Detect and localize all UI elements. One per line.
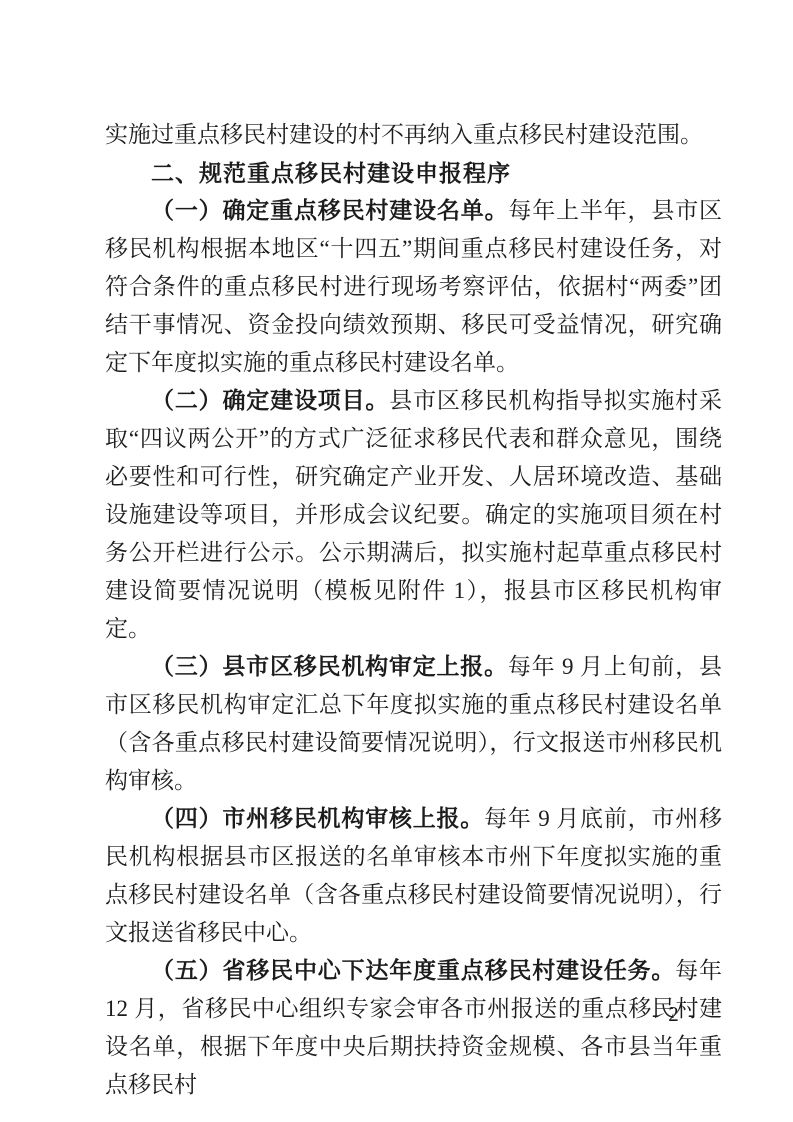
document-body: 实施过重点移民村建设的村不再纳入重点移民村建设范围。 二、规范重点移民村建设申报…: [105, 116, 722, 1104]
item-4-lead: （四）市州移民机构审核上报。: [151, 806, 484, 831]
paragraph-continuation: 实施过重点移民村建设的村不再纳入重点移民村建设范围。: [105, 116, 722, 154]
document-page: { "page": { "background_color": "#ffffff…: [0, 0, 793, 1122]
item-2-lead: （二）确定建设项目。: [151, 388, 389, 413]
paragraph-item-5: （五）省移民中心下达年度重点移民村建设任务。每年 12 月，省移民中心组织专家会…: [105, 952, 722, 1104]
item-1-body: 每年上半年，县市区移民机构根据本地区“十四五”期间重点移民村建设任务，对符合条件…: [105, 198, 722, 375]
paragraph-item-2: （二）确定建设项目。县市区移民机构指导拟实施村采取“四议两公开”的方式广泛征求移…: [105, 382, 722, 648]
paragraph-item-3: （三）县市区移民机构审定上报。每年 9 月上旬前，县市区移民机构审定汇总下年度拟…: [105, 648, 722, 800]
paragraph-item-1: （一）确定重点移民村建设名单。每年上半年，县市区移民机构根据本地区“十四五”期间…: [105, 192, 722, 382]
page-number: - 2 -: [652, 1001, 697, 1027]
section-heading: 二、规范重点移民村建设申报程序: [105, 154, 722, 192]
paragraph-item-4: （四）市州移民机构审核上报。每年 9 月底前，市州移民机构根据县市区报送的名单审…: [105, 800, 722, 952]
item-3-lead: （三）县市区移民机构审定上报。: [151, 654, 508, 679]
item-1-lead: （一）确定重点移民村建设名单。: [151, 198, 508, 223]
item-2-body: 县市区移民机构指导拟实施村采取“四议两公开”的方式广泛征求移民代表和群众意见，围…: [105, 388, 722, 641]
item-5-lead: （五）省移民中心下达年度重点移民村建设任务。: [151, 958, 675, 983]
